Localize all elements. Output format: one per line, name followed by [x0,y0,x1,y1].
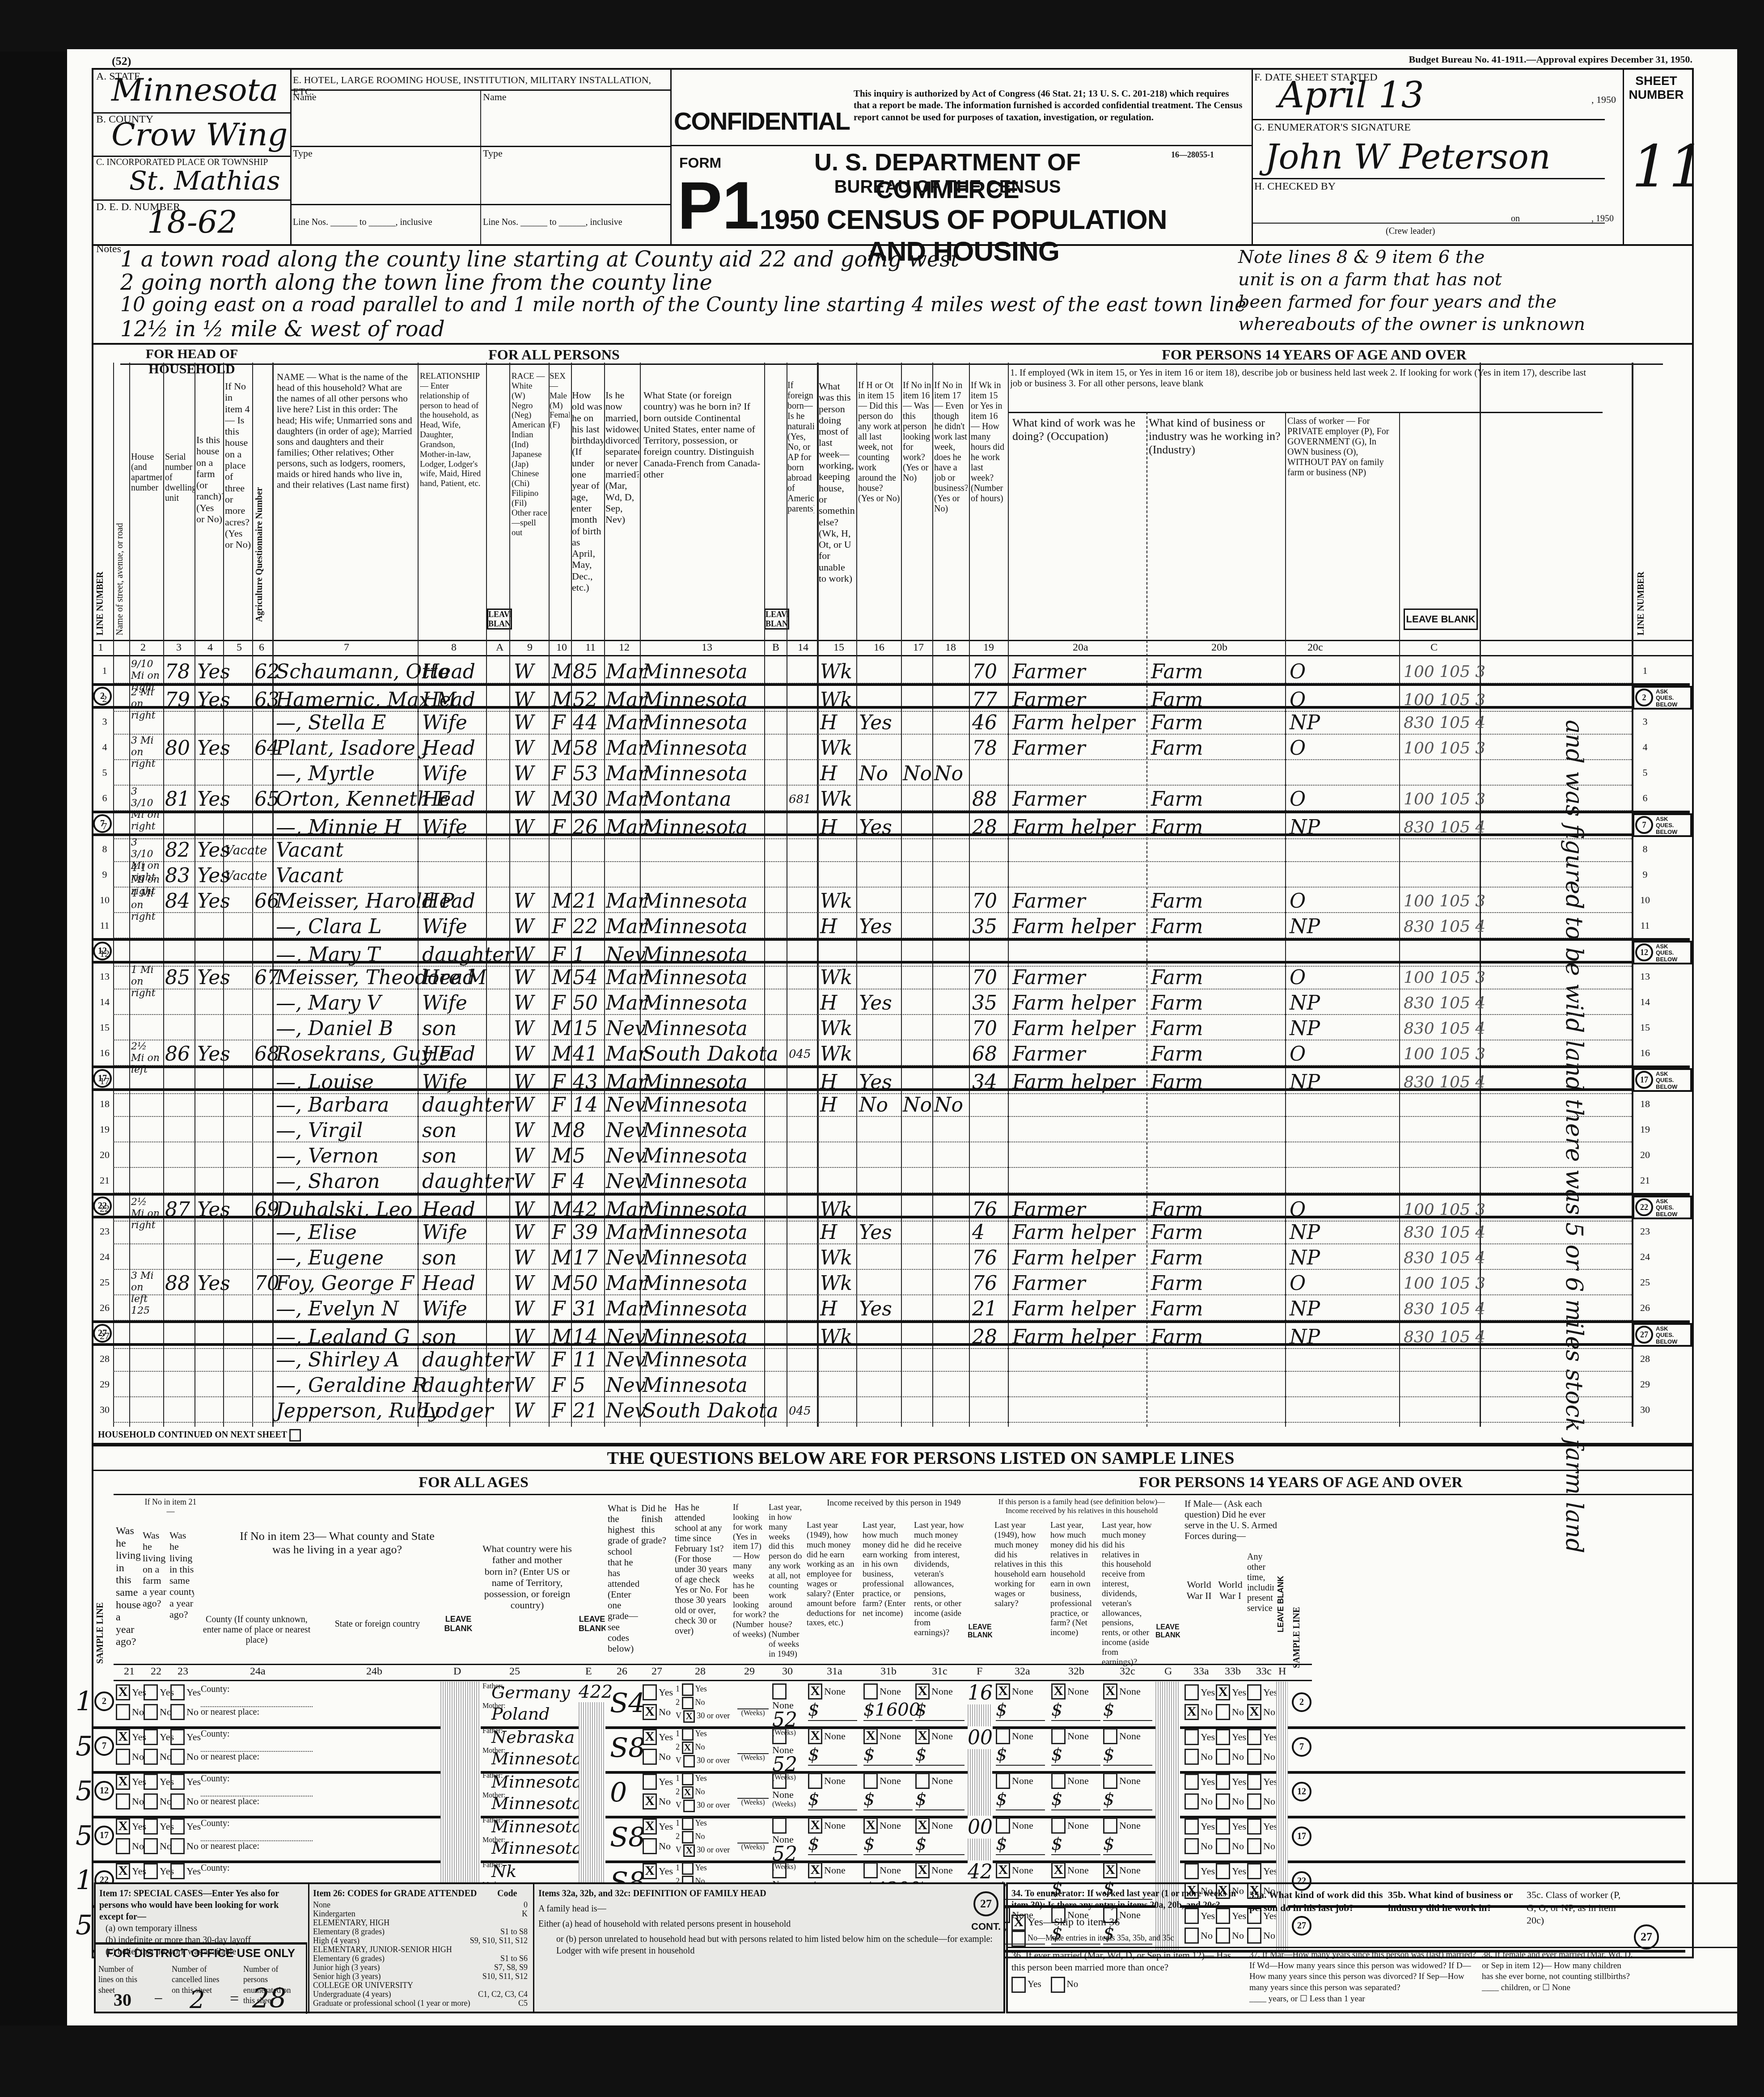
q31c-header: Last year, how much money did he receive… [914,1521,965,1638]
q28-30-over-checkbox[interactable] [683,1800,695,1812]
q31c-none-checkbox[interactable]: X [915,1818,930,1834]
q33b-no-checkbox[interactable] [1216,1704,1230,1720]
column-numbers: 1 2 3 4 5 6 7 8 A 9 10 11 12 13 B 14 15 … [93,642,1692,655]
q33c-yes-checkbox[interactable] [1247,1729,1261,1745]
q21-no-checkbox[interactable] [116,1704,130,1720]
q31a-none-checkbox[interactable]: X [808,1728,822,1744]
q33a: Yes No [1184,1729,1215,1765]
table-row: 2626—, Evelyn NWifeWF31MarMinnesotaHYes2… [93,1295,1690,1320]
q28-yes-checkbox[interactable] [682,1683,694,1696]
q28-yes-checkbox[interactable] [682,1773,694,1785]
q33c-no-checkbox[interactable] [1247,1838,1261,1854]
q33c-header: Any other time, including present servic… [1247,1552,1274,1614]
household-continued-checkbox[interactable] [289,1429,301,1442]
serial-cell: 80 [165,735,190,760]
location-block: a. STATE Minnesota b. COUNTY Crow Wing c… [93,70,292,244]
q31c-amount[interactable]: $ [915,1744,964,1766]
q21-no-checkbox[interactable] [116,1838,130,1854]
qD-header: LEAVE BLANK [440,1615,476,1633]
side-note: Note lines 8 & 9 item 6 the unit is on a… [1238,246,1685,335]
q33c: Yes No [1247,1818,1278,1854]
q32a-none-checkbox[interactable]: X [996,1862,1010,1878]
q31c-amount[interactable]: $ [915,1700,964,1721]
q32c-none-checkbox[interactable]: X [1103,1862,1117,1878]
q30-header: Last year, in how many weeks did this pe… [769,1503,802,1659]
q33b-yes-checkbox[interactable]: X [1216,1684,1230,1700]
q32a-none-checkbox[interactable] [996,1728,1010,1744]
q28-30-over-checkbox[interactable]: X [683,1710,695,1723]
q33a-yes-checkbox[interactable] [1184,1818,1199,1835]
sample-col-number: 21 [124,1666,135,1678]
line-number: 20 [93,1142,116,1167]
relationship-cell: Head [422,687,475,711]
relationship-cell: Head [422,1041,475,1065]
q33b-yes-checkbox[interactable] [1216,1863,1230,1879]
scan-border-top [0,0,1764,51]
activity-cell: Wk [820,1324,852,1349]
col-activity: What was this person doing most of last … [819,381,855,584]
race-cell: W [514,1245,534,1269]
class-cell: O [1290,659,1306,683]
checked-by-label: h. CHECKED BY [1254,181,1336,193]
father-birthplace: Nebraska [491,1727,575,1747]
q31b-none-checkbox[interactable]: X [863,1728,878,1744]
q33c-yes-checkbox[interactable] [1247,1818,1261,1835]
q33b-yes-checkbox[interactable] [1216,1729,1230,1745]
q31b-none-checkbox[interactable] [863,1683,878,1700]
q32c-amount[interactable]: $ [1103,1834,1152,1855]
name-cell: Jepperson, Ruby [276,1398,440,1422]
line-number-right: 8 [1634,836,1656,862]
street-cell: 3 Mi on right [131,735,162,760]
confidential-text: This inquiry is authorized by Act of Con… [854,88,1247,123]
industry-cell: Farm [1151,786,1203,811]
industry-cell: Farm [1151,1196,1203,1221]
q31c-amount[interactable]: $ [915,1789,964,1810]
q28-no-checkbox[interactable] [682,1831,694,1843]
q33a-no-checkbox[interactable] [1184,1838,1199,1854]
birthplace-cell: Minnesota [643,1270,748,1295]
leave-blank-codes: 830 105 4 [1404,814,1485,839]
family-head-definition: Items 32a, 32b, and 32c: DEFINITION OF F… [538,1888,994,1957]
q28-no-checkbox[interactable] [682,1697,694,1709]
table-row: 3030Jepperson, RubyLodgerWF21NevSouth Da… [93,1397,1690,1422]
hours-cell: 77 [972,687,997,711]
street-cell [131,1372,162,1397]
q31a-none-checkbox[interactable] [808,1773,822,1789]
q21-no-checkbox[interactable] [116,1749,130,1765]
hours-cell: 70 [972,964,997,989]
q22-yes-checkbox[interactable] [144,1863,158,1879]
q32b-amount[interactable]: $ [1051,1789,1100,1810]
q32a-amount[interactable]: $ [996,1700,1045,1721]
has-job-cell: No [934,761,963,785]
q33c-yes-checkbox[interactable] [1247,1863,1261,1879]
q25-header: What country were his father and mother … [482,1543,572,1611]
notes-line-1: 1 a town road along the county line star… [120,247,959,272]
q27-yes-checkbox[interactable]: X [643,1818,657,1835]
q22-no-checkbox[interactable] [144,1793,158,1810]
q21-yes-checkbox[interactable]: X [116,1863,130,1879]
q33a-yes-checkbox[interactable] [1184,1729,1199,1745]
q32b: None $ [1051,1818,1100,1855]
q31a-amount[interactable]: $ [808,1700,857,1721]
q33a-yes-checkbox[interactable] [1184,1863,1199,1879]
q21-yes-checkbox[interactable]: X [116,1774,130,1790]
line-number: 18 [93,1091,116,1116]
q34: 34. To enumerator: If worked last year (… [1011,1888,1244,1947]
q28-30-over-checkbox[interactable] [683,1755,695,1767]
q22-yes-checkbox[interactable] [144,1729,158,1745]
q27-yes-checkbox[interactable] [643,1684,657,1700]
line-number: 14 [93,989,116,1015]
q33a-yes-checkbox[interactable] [1184,1684,1199,1700]
q33c-yes-checkbox[interactable] [1247,1774,1261,1790]
q31b: XNone $ [863,1818,913,1855]
name-cell: Duhalski, Leo [276,1196,412,1221]
q31a-none-checkbox[interactable]: X [808,1862,822,1878]
group-age-14: FOR PERSONS 14 YEARS OF AGE AND OVER [1113,347,1515,363]
q32a-none-checkbox[interactable] [996,1818,1010,1834]
marital-cell: Nev [606,1324,646,1349]
population-table: FOR HEAD OF HOUSEHOLD FOR ALL PERSONS FO… [92,343,1694,1446]
sample-line-label-right: SAMPLE LINE [1292,1561,1303,1668]
q27-yes-checkbox[interactable]: X [643,1863,657,1879]
sample-col-number: 22 [151,1666,161,1678]
q30-none-checkbox[interactable] [772,1862,787,1878]
q28-no-checkbox[interactable]: X [682,1786,694,1799]
street-cell [131,942,162,966]
q27-no-checkbox[interactable] [643,1749,657,1765]
col-line-number-right: LINE NUMBER [1636,524,1650,635]
leave-blank-g [1155,1682,1180,1726]
q22-no-checkbox[interactable] [144,1749,158,1765]
q33c-no-checkbox[interactable]: X [1247,1704,1261,1720]
occupation-cell: Farmer [1012,888,1086,913]
street-cell [131,761,162,785]
q22-yes-checkbox[interactable] [144,1818,158,1835]
ask-questions-below-tag: 7ASK QUES. BELOW [1633,813,1692,837]
q33b: Yes No [1216,1729,1246,1765]
q32b-none-checkbox[interactable]: X [1051,1683,1066,1700]
q33a-yes-checkbox[interactable] [1184,1774,1199,1790]
title-block: CONFIDENTIAL This inquiry is authorized … [670,70,1253,244]
q30-none-checkbox[interactable] [772,1773,787,1789]
birthplace-cell: Montana [643,786,731,811]
line-number: 19 [93,1116,116,1142]
sample-col-number: E [585,1666,592,1678]
cont-circle: 27 [973,1891,998,1916]
table-row: 22222½ Mi on right87Yes69Duhalski, LeoHe… [93,1193,1690,1218]
q33b-no-checkbox[interactable] [1216,1749,1230,1765]
q37-answer[interactable]: ____ years, or ☐ Less than 1 year [1249,1994,1477,2005]
q34-yes-checkbox[interactable]: X [1011,1915,1026,1931]
ask-questions-below-tag: 2ASK QUES. BELOW [1633,686,1692,710]
relationship-cell: Head [422,964,475,989]
q24a-county[interactable]: County:or nearest place: [201,1818,313,1852]
q32a-amount[interactable]: $ [996,1834,1045,1855]
table-row: 1717—, LouiseWifeWF43MarMinnesotaHYes34F… [93,1065,1690,1091]
race-cell: W [514,1196,534,1221]
type-label-1: Type [293,148,313,159]
q31b-none-checkbox[interactable] [863,1773,878,1789]
line-number: 24 [93,1244,116,1269]
q32c-none-checkbox[interactable] [1103,1818,1117,1834]
table-row: 222 Mi on right79Yes63Hamernic, Max MHea… [93,683,1690,709]
q37-text: 37. If Mar—How many years since this per… [1249,1949,1477,1994]
q37: 37. If Mar—How many years since this per… [1249,1949,1477,2004]
q23: Yes No [170,1774,201,1810]
sex-cell: F [552,1347,566,1371]
q32b-none-checkbox[interactable]: X [1051,1862,1066,1878]
occupation-cell: Farm helper [1012,913,1135,938]
sample-col-number: 26 [617,1666,627,1678]
q23-no-checkbox[interactable] [170,1793,185,1810]
q31b-amount[interactable]: $ [863,1834,913,1855]
activity-cell: H [820,1296,837,1320]
q32c-none-checkbox[interactable]: X [1103,1683,1117,1700]
q29-weeks[interactable]: (Weeks) [737,1753,769,1762]
birthplace-cell: Minnesota [643,1117,748,1142]
q23-no-checkbox[interactable] [170,1838,185,1854]
q29-weeks[interactable]: (Weeks) [737,1798,769,1807]
street-cell [131,1398,162,1422]
q22-yes-checkbox[interactable] [144,1774,158,1790]
district-office-title: FOR DISTRICT OFFICE USE ONLY [96,1946,306,1960]
q28-yes-checkbox[interactable] [682,1818,694,1830]
leave-blank-h [1276,1682,1288,1726]
line-number: 28 [93,1346,116,1371]
leave-blank-d [440,1816,481,1860]
q25-parents: Father: Minnesota Mother: Minnesota [482,1817,576,1844]
q27-no-checkbox[interactable]: X [643,1704,657,1720]
cancelled-value: 2 [190,1986,205,2014]
occupation-cell: Farmer [1012,964,1086,989]
industry-cell: Farm [1151,1245,1203,1269]
marital-cell: Mar [606,1069,647,1094]
q32b-none-checkbox[interactable] [1051,1728,1066,1744]
q31a-amount[interactable]: $ [808,1834,857,1855]
q31b-amount[interactable]: $1600 [863,1700,913,1721]
sex-cell: F [552,1092,566,1116]
q34-no-checkbox[interactable] [1011,1931,1026,1947]
household-continued[interactable]: HOUSEHOLD CONTINUED ON NEXT SHEET [98,1429,303,1442]
q21-yes-checkbox[interactable]: X [116,1684,130,1700]
birthplace-cell: Minnesota [643,942,748,966]
q31b-amount[interactable]: $ [863,1744,913,1766]
q29-weeks[interactable]: (Weeks) [737,1843,769,1852]
q32a-none-checkbox[interactable]: X [996,1683,1010,1700]
q31c-none-checkbox[interactable]: X [915,1683,930,1700]
q33b-no-checkbox[interactable] [1216,1838,1230,1854]
q29-weeks[interactable]: (Weeks) [737,1708,769,1717]
q32b-none-checkbox[interactable] [1051,1818,1066,1834]
q24a-county[interactable]: County:or nearest place: [201,1774,313,1807]
sex-cell: M [552,1041,572,1065]
q33b-yes-checkbox[interactable] [1216,1774,1230,1790]
q27-yes-checkbox[interactable] [643,1774,657,1790]
q23-no-checkbox[interactable] [170,1749,185,1765]
q24a-header: County (If county unknown, enter name of… [201,1615,313,1645]
q31c-none-checkbox[interactable]: X [915,1862,930,1878]
any-work-cell: Yes [859,990,892,1015]
age-cell: 30 [573,786,598,811]
q31a-none-checkbox[interactable]: X [808,1683,822,1700]
q27: Yes XNo [643,1774,673,1810]
q32b-amount[interactable]: $ [1051,1834,1100,1855]
q23-header: Was he living in this same county a year… [169,1530,194,1620]
q22-no-checkbox[interactable] [144,1838,158,1854]
q34-yes-option[interactable]: XYes—Skip to item 36 [1011,1915,1244,1931]
q21-no-checkbox[interactable] [116,1793,130,1810]
income-family-header: If this person is a family head (see def… [994,1497,1169,1515]
q32c-amount[interactable]: $ [1103,1744,1152,1766]
q22-yes-checkbox[interactable] [144,1684,158,1700]
q23-yes-checkbox[interactable] [170,1774,185,1790]
activity-cell: H [820,761,837,785]
q21-yes-checkbox[interactable]: X [116,1818,130,1835]
q25-parents: Father: Minnesota Mother: Minnesota [482,1772,576,1800]
line-number-right: 15 [1634,1015,1656,1040]
q23-yes-checkbox[interactable] [170,1684,185,1700]
q31a-amount[interactable]: $ [808,1744,857,1766]
q33a-no-checkbox[interactable]: X [1184,1704,1199,1720]
q32c-none-checkbox[interactable] [1103,1728,1117,1744]
marital-cell: Mar [606,735,647,760]
q36-no-checkbox[interactable] [1051,1977,1065,1993]
q30-none-checkbox[interactable] [772,1818,787,1834]
form-serial: 16—28055-1 [1171,150,1214,160]
leave-blank-g [1155,1771,1180,1816]
line-nos-1: Line Nos. ______ to ______, inclusive [293,217,432,228]
q36-yes-checkbox[interactable] [1011,1977,1026,1993]
line-number: 1 [93,658,116,683]
q31c: XNone $ [915,1818,964,1855]
q35a: 35a. What kind of work did this person d… [1249,1889,1383,1914]
name-cell: —, Mary V [276,990,381,1015]
q32b-amount[interactable]: $ [1051,1700,1100,1721]
q23-no-checkbox[interactable] [170,1704,185,1720]
q22-no-checkbox[interactable] [144,1704,158,1720]
occupation-cell: Farm helper [1012,990,1135,1015]
q32c-amount[interactable]: $ [1103,1789,1152,1810]
q32a-amount[interactable]: $ [996,1744,1045,1766]
q33c: Yes XNo [1247,1684,1278,1720]
header-box: a. STATE Minnesota b. COUNTY Crow Wing c… [92,68,1694,246]
q33b-yes-checkbox[interactable] [1216,1818,1230,1835]
farm-cell: Yes [197,1270,230,1295]
age-cell: 50 [573,990,598,1015]
q22: Yes No [144,1729,174,1765]
father-birthplace: Nk [491,1861,516,1881]
q23-yes-checkbox[interactable] [170,1863,185,1879]
q32a-none-checkbox[interactable] [996,1773,1010,1789]
farm-cell: Yes [197,687,230,711]
q33c-no-checkbox[interactable] [1247,1793,1261,1810]
q33c-yes-checkbox[interactable] [1247,1684,1261,1700]
q32c-amount[interactable]: $ [1103,1700,1152,1721]
q31c-none-checkbox[interactable] [915,1773,930,1789]
q31b-none-checkbox[interactable]: X [863,1818,878,1834]
q23-yes-checkbox[interactable] [170,1818,185,1835]
q31c-amount[interactable]: $ [915,1834,964,1855]
q31a-amount[interactable]: $ [808,1789,857,1810]
q27-no-checkbox[interactable]: X [643,1793,657,1810]
name-cell: —, Louise [276,1069,374,1094]
q31b-amount[interactable]: $ [863,1789,913,1810]
q30-none-checkbox[interactable] [772,1728,787,1744]
sex-cell: M [552,1196,572,1221]
sheet-number-block: SHEET NUMBER 11 [1623,70,1690,244]
grade-attended: S8 [610,1822,645,1853]
table-row: 77—, Minnie HWifeWF26MarMinnesotaHYes28F… [93,811,1690,836]
line-number-right: 26 [1634,1295,1656,1320]
sex-cell: M [552,1143,572,1167]
relationship-cell: Head [422,659,475,683]
q31c-none-checkbox[interactable]: X [915,1728,930,1744]
q28-30-over-checkbox[interactable]: X [683,1844,695,1857]
age-cell: 52 [573,687,598,711]
race-cell: W [514,1296,534,1320]
side-note-line-4: whereabouts of the owner is unknown [1238,313,1685,335]
q32a-amount[interactable]: $ [996,1789,1045,1810]
col-class-of-worker: Class of worker — For PRIVATE employer (… [1287,416,1390,478]
line-number: 8 [93,836,116,862]
special-cases-title: Item 17: SPECIAL CASES—Enter Yes also fo… [99,1888,305,1923]
serial-cell: 84 [165,888,190,913]
date-year: , 1950 [1591,94,1616,106]
q24a-county[interactable]: County:or nearest place: [201,1684,313,1717]
q24a-county[interactable]: County:or nearest place: [201,1729,313,1762]
q23-yes-checkbox[interactable] [170,1729,185,1745]
occupation-cell: Farm helper [1012,1324,1135,1349]
q38-answer[interactable]: ____ children, or ☐ None [1482,1983,1634,1994]
q33b-no-checkbox[interactable] [1216,1793,1230,1810]
sex-cell: F [552,913,566,938]
q30-none-checkbox[interactable] [772,1683,787,1700]
leave-blank-e [579,1771,605,1816]
q32b-amount[interactable]: $ [1051,1744,1100,1766]
date-value: April 13 [1278,74,1424,116]
q34-no-option[interactable]: No—Make entries in items 35a, 35b, and 3… [1011,1931,1244,1947]
q28-yes-checkbox[interactable] [682,1862,694,1875]
sample-col-number: 33b [1225,1666,1241,1678]
relationship-cell: Head [422,786,475,811]
q32c-none-checkbox[interactable] [1103,1773,1117,1789]
q21-yes-checkbox[interactable]: X [116,1729,130,1745]
hours-cell: 68 [972,1041,997,1065]
q31b-none-checkbox[interactable] [863,1862,878,1878]
q32c: None $ [1103,1818,1152,1855]
col-leave-blank-c: LEAVE BLANK [1404,609,1478,630]
q33a-no-checkbox[interactable] [1184,1749,1199,1765]
q31a-none-checkbox[interactable]: X [808,1818,822,1834]
marital-cell: Nev [606,1092,646,1116]
line-number: 30 [93,1397,116,1422]
q27-no-checkbox[interactable] [643,1838,657,1854]
q33a-no-checkbox[interactable] [1184,1793,1199,1810]
occupation-cell: Farm helper [1012,1296,1135,1320]
q27-yes-checkbox[interactable]: X [643,1729,657,1745]
persons-value: 28 [252,1983,286,2014]
sex-cell: F [552,710,566,734]
marital-cell: Nev [606,1398,646,1422]
q32b-none-checkbox[interactable] [1051,1773,1066,1789]
q33c-no-checkbox[interactable] [1247,1749,1261,1765]
q28-no-checkbox[interactable]: X [682,1742,694,1754]
q28-yes-checkbox[interactable] [682,1728,694,1741]
street-cell [131,1296,162,1320]
